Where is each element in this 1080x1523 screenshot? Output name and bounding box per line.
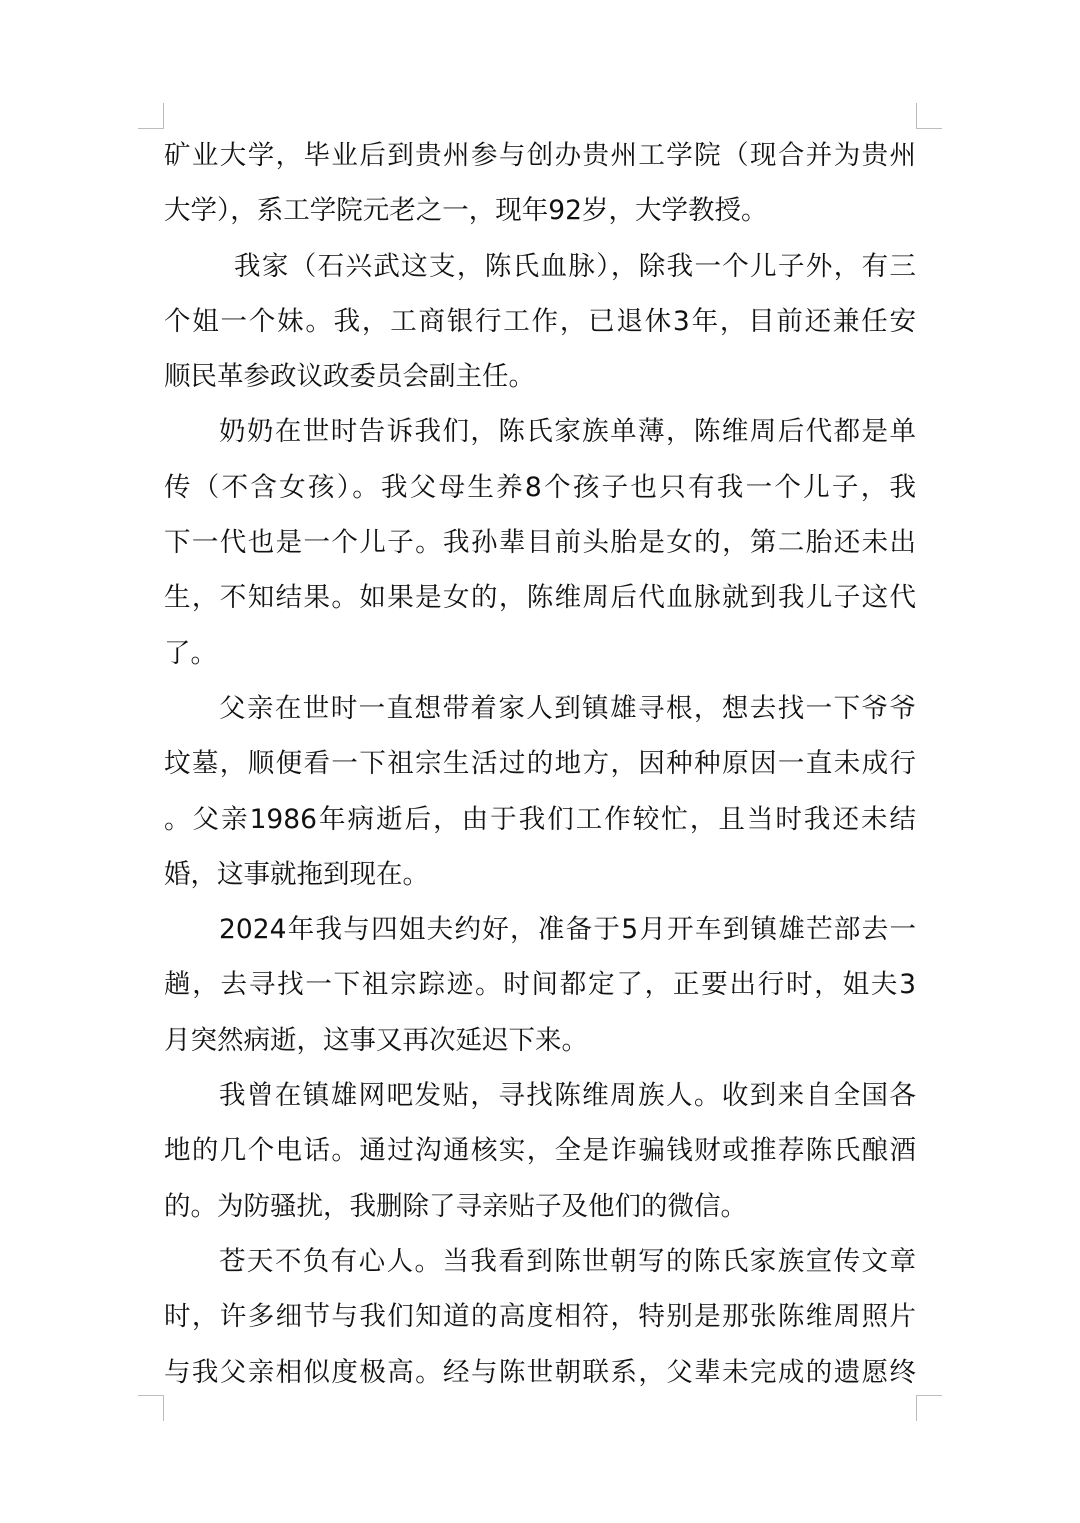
text-line: 趟，去寻找一下祖宗踪迹。时间都定了，正要出行时，姐夫3: [164, 957, 916, 1012]
text-line: 奶奶在世时告诉我们，陈氏家族单薄，陈维周后代都是单: [164, 404, 916, 459]
text-line: 苍天不负有心人。当我看到陈世朝写的陈氏家族宣传文章: [164, 1234, 916, 1289]
text-line: 下一代也是一个儿子。我孙辈目前头胎是女的，第二胎还未出: [164, 515, 916, 570]
text-line: 个姐一个妹。我，工商银行工作，已退休3年，目前还兼任安: [164, 294, 916, 349]
text-line: 与我父亲相似度极高。经与陈世朝联系，父辈未完成的遗愿终: [164, 1345, 916, 1400]
text-line: 的。为防骚扰，我删除了寻亲贴子及他们的微信。: [164, 1179, 916, 1234]
text-line: 2024年我与四姐夫约好，准备于5月开车到镇雄芒部去一: [164, 902, 916, 957]
text-line: 了。: [164, 626, 916, 681]
text-line: 地的几个电话。通过沟通核实，全是诈骗钱财或推荐陈氏酿酒: [164, 1123, 916, 1178]
margin-corner-mark-bottom-left: [138, 1395, 164, 1421]
text-line: 矿业大学，毕业后到贵州参与创办贵州工学院（现合并为贵州: [164, 128, 916, 183]
text-line: 传（不含女孩）。我父母生养8个孩子也只有我一个儿子，我: [164, 460, 916, 515]
text-line: 坟墓，顺便看一下祖宗生活过的地方，因种种原因一直未成行: [164, 736, 916, 791]
document-page: 矿业大学，毕业后到贵州参与创办贵州工学院（现合并为贵州大学），系工学院元老之一，…: [0, 0, 1080, 1523]
margin-corner-mark-bottom-right: [916, 1395, 942, 1421]
text-line: 我曾在镇雄网吧发贴，寻找陈维周族人。收到来自全国各: [164, 1068, 916, 1123]
text-line: 大学），系工学院元老之一，现年92岁，大学教授。: [164, 183, 916, 238]
text-line: 月突然病逝，这事又再次延迟下来。: [164, 1013, 916, 1068]
text-line: 时，许多细节与我们知道的高度相符，特别是那张陈维周照片: [164, 1289, 916, 1344]
text-line: 顺民革参政议政委员会副主任。: [164, 349, 916, 404]
margin-corner-mark-top-left: [138, 103, 164, 129]
text-line: 婚，这事就拖到现在。: [164, 847, 916, 902]
text-line: 生，不知结果。如果是女的，陈维周后代血脉就到我儿子这代: [164, 570, 916, 625]
document-body: 矿业大学，毕业后到贵州参与创办贵州工学院（现合并为贵州大学），系工学院元老之一，…: [164, 128, 916, 1400]
text-line: 我家（石兴武这支，陈氏血脉），除我一个儿子外，有三: [164, 239, 916, 294]
text-line: 。父亲1986年病逝后，由于我们工作较忙，且当时我还未结: [164, 792, 916, 847]
margin-corner-mark-top-right: [916, 103, 942, 129]
text-line: 父亲在世时一直想带着家人到镇雄寻根，想去找一下爷爷: [164, 681, 916, 736]
